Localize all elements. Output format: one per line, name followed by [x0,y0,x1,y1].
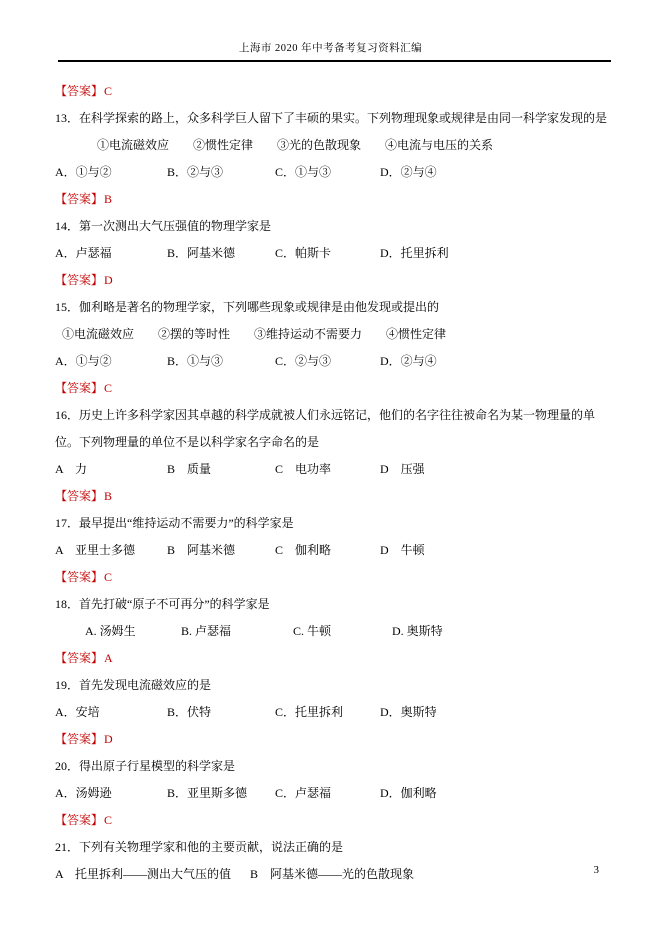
choice-a: A 力 [55,456,167,483]
question-13-choices: A．①与② B．②与③ C．①与③ D．②与④ [55,159,616,186]
choice-d: D 牛顿 [380,537,616,564]
question-15-choices: A．①与② B．①与③ C．②与③ D．②与④ [55,348,616,375]
statement-a: A 托里拆利——测出大气压的值 [55,861,250,888]
choice-b: B．阿基米德 [167,240,275,267]
choice-d: D．奥斯特 [380,699,616,726]
answer-label: 【答案】 [55,192,103,206]
answer-line-q20: 【答案】C [55,807,616,834]
answer-line-q14: 【答案】D [55,267,616,294]
choice-c: C. 牛顿 [293,618,392,645]
choice-b: B．①与③ [167,348,275,375]
question-21-statements: A 托里拆利——测出大气压的值 B 阿基米德——光的色散现象 [55,861,616,888]
answer-value: C [104,381,112,395]
choice-a: A．汤姆逊 [55,780,167,807]
answer-label: 【答案】 [55,732,103,746]
choice-d: D．②与④ [380,159,616,186]
answer-label: 【答案】 [55,273,103,287]
answer-value: D [104,273,113,287]
choice-b: B 质量 [167,456,275,483]
choice-c: C 电功率 [275,456,380,483]
answer-label: 【答案】 [55,651,103,665]
answer-value: C [104,84,112,98]
choice-a: A 亚里士多德 [55,537,167,564]
question-19-text: 19．首先发现电流磁效应的是 [55,672,616,699]
answer-label: 【答案】 [55,84,103,98]
answer-value: C [104,570,112,584]
choice-d: D．伽利略 [380,780,616,807]
question-16-text: 16．历史上许多科学家因其卓越的科学成就被人们永远铭记，他们的名字往往被命名为某… [55,402,616,456]
answer-label: 【答案】 [55,489,103,503]
question-15-suboptions: ①电流磁效应 ②摆的等时性 ③维持运动不需要力 ④惯性定律 [55,321,616,348]
answer-line-q12: 【答案】C [55,78,616,105]
choice-b: B．亚里斯多德 [167,780,275,807]
choice-c: C．①与③ [275,159,380,186]
choice-a: A．①与② [55,348,167,375]
answer-value: C [104,813,112,827]
question-19-choices: A．安培 B．伏特 C．托里拆利 D．奥斯特 [55,699,616,726]
choice-c: C 伽利略 [275,537,380,564]
page-number: 3 [594,864,600,876]
page-header: 上海市 2020 年中考备考复习资料汇编 [0,40,661,62]
answer-line-q13: 【答案】B [55,186,616,213]
choice-a: A．①与② [55,159,167,186]
question-20-choices: A．汤姆逊 B．亚里斯多德 C．卢瑟福 D．伽利略 [55,780,616,807]
question-14-choices: A．卢瑟福 B．阿基米德 C．帕斯卡 D．托里拆利 [55,240,616,267]
choice-c: C．②与③ [275,348,380,375]
choice-c: C．托里拆利 [275,699,380,726]
choice-b: B 阿基米德 [167,537,275,564]
question-14-text: 14．第一次测出大气压强值的物理学家是 [55,213,616,240]
question-13-suboptions: ①电流磁效应 ②惯性定律 ③光的色散现象 ④电流与电压的关系 [55,132,616,159]
answer-label: 【答案】 [55,813,103,827]
choice-d: D. 奥斯特 [392,618,616,645]
answer-label: 【答案】 [55,381,103,395]
document-page: 上海市 2020 年中考备考复习资料汇编 【答案】C 13．在科学探索的路上，众… [0,0,661,935]
page-header-title: 上海市 2020 年中考备考复习资料汇编 [0,40,661,55]
choice-b: B．②与③ [167,159,275,186]
question-13-text: 13．在科学探索的路上，众多科学巨人留下了丰硕的果实。下列物理现象或规律是由同一… [55,105,616,132]
choice-b: B．伏特 [167,699,275,726]
answer-line-q16: 【答案】B [55,483,616,510]
choice-c: C．卢瑟福 [275,780,380,807]
answer-value: B [104,192,112,206]
question-18-text: 18．首先打破“原子不可再分”的科学家是 [55,591,616,618]
document-content: 【答案】C 13．在科学探索的路上，众多科学巨人留下了丰硕的果实。下列物理现象或… [0,62,661,888]
answer-value: D [104,732,113,746]
question-20-text: 20．得出原子行星模型的科学家是 [55,753,616,780]
answer-line-q17: 【答案】C [55,564,616,591]
answer-line-q19: 【答案】D [55,726,616,753]
answer-line-q18: 【答案】A [55,645,616,672]
question-17-text: 17．最早提出“维持运动不需要力”的科学家是 [55,510,616,537]
choice-a: A．安培 [55,699,167,726]
question-15-text: 15．伽利略是著名的物理学家，下列哪些现象或规律是由他发现或提出的 [55,294,616,321]
choice-c: C．帕斯卡 [275,240,380,267]
choice-d: D．②与④ [380,348,616,375]
statement-b: B 阿基米德——光的色散现象 [250,861,616,888]
answer-line-q15: 【答案】C [55,375,616,402]
choice-d: D 压强 [380,456,616,483]
choice-a: A. 汤姆生 [85,618,181,645]
question-16-choices: A 力 B 质量 C 电功率 D 压强 [55,456,616,483]
question-18-choices: A. 汤姆生 B. 卢瑟福 C. 牛顿 D. 奥斯特 [55,618,616,645]
choice-a: A．卢瑟福 [55,240,167,267]
answer-label: 【答案】 [55,570,103,584]
choice-d: D．托里拆利 [380,240,616,267]
answer-value: A [104,651,113,665]
question-17-choices: A 亚里士多德 B 阿基米德 C 伽利略 D 牛顿 [55,537,616,564]
question-21-text: 21．下列有关物理学家和他的主要贡献，说法正确的是 [55,834,616,861]
answer-value: B [104,489,112,503]
choice-b: B. 卢瑟福 [181,618,293,645]
